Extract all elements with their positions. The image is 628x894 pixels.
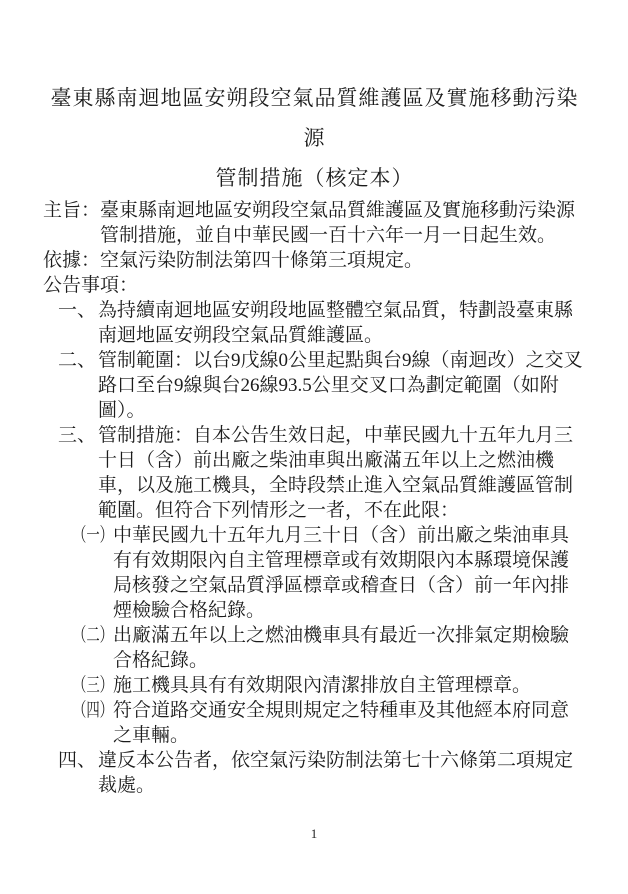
subitem-1-text: 中華民國九十五年九月三十日（含）前出廠之柴油車具有有效期限內自主管理標章或有效期… <box>113 525 569 621</box>
subject-label: 主旨： <box>43 198 100 223</box>
subject-paragraph: 主旨：臺東縣南迴地區安朔段空氣品質維護區及實施移動污染源管制措施，並自中華民國一… <box>43 198 586 248</box>
item-3-label: 三、 <box>58 423 98 448</box>
item-3-text: 管制措施：自本公告生效日起，中華民國九十五年九月三十日（含）前出廠之柴油車與出廠… <box>98 425 573 521</box>
page-number: 1 <box>0 826 628 842</box>
document-page: 臺東縣南迴地區安朔段空氣品質維護區及實施移動污染源 管制措施（核定本） 主旨：臺… <box>0 0 628 894</box>
item-4-label: 四、 <box>58 748 98 773</box>
subitem-4-label: （四） <box>73 698 101 723</box>
item-1-label: 一、 <box>58 298 98 323</box>
item-1: 一、為持續南迴地區安朔段地區整體空氣品質，特劃設臺東縣南迴地區安朔段空氣品質維護… <box>58 298 586 348</box>
subitem-1-label: （一） <box>73 523 101 548</box>
subitem-4-text: 符合道路交通安全規則規定之特種車及其他經本府同意之車輛。 <box>113 700 569 746</box>
item-2-label: 二、 <box>58 348 98 373</box>
item-2-text: 管制範圍：以台9戊線0公里起點與台9線（南迴改）之交叉路口至台9線與台26線93… <box>98 350 583 421</box>
subitem-3-label: （三） <box>73 673 101 698</box>
basis-label: 依據： <box>43 248 100 273</box>
announcement-heading: 公告事項： <box>43 273 586 298</box>
title-line-2: 管制措施（核定本） <box>43 158 586 198</box>
subitem-2-label: （二） <box>73 623 101 648</box>
item-2: 二、管制範圍：以台9戊線0公里起點與台9線（南迴改）之交叉路口至台9線與台26線… <box>58 348 586 423</box>
item-4: 四、違反本公告者，依空氣污染防制法第七十六條第二項規定裁處。 <box>58 748 586 798</box>
basis-paragraph: 依據：空氣污染防制法第四十條第三項規定。 <box>43 248 586 273</box>
subject-text: 臺東縣南迴地區安朔段空氣品質維護區及實施移動污染源管制措施，並自中華民國一百十六… <box>100 200 575 246</box>
document-title: 臺東縣南迴地區安朔段空氣品質維護區及實施移動污染源 管制措施（核定本） <box>43 78 586 198</box>
subitem-1: （一）中華民國九十五年九月三十日（含）前出廠之柴油車具有有效期限內自主管理標章或… <box>73 523 586 623</box>
subitem-4: （四）符合道路交通安全規則規定之特種車及其他經本府同意之車輛。 <box>73 698 586 748</box>
subitem-3-text: 施工機具具有有效期限內清潔排放自主管理標章。 <box>113 675 531 696</box>
item-1-text: 為持續南迴地區安朔段地區整體空氣品質，特劃設臺東縣南迴地區安朔段空氣品質維護區。 <box>98 300 573 346</box>
basis-text: 空氣污染防制法第四十條第三項規定。 <box>100 250 423 271</box>
subitem-2: （二）出廠滿五年以上之燃油機車具有最近一次排氣定期檢驗合格紀錄。 <box>73 623 586 673</box>
document-content: 臺東縣南迴地區安朔段空氣品質維護區及實施移動污染源 管制措施（核定本） 主旨：臺… <box>0 0 628 798</box>
subitem-2-text: 出廠滿五年以上之燃油機車具有最近一次排氣定期檢驗合格紀錄。 <box>113 625 569 671</box>
item-4-text: 違反本公告者，依空氣污染防制法第七十六條第二項規定裁處。 <box>98 750 573 796</box>
title-line-1: 臺東縣南迴地區安朔段空氣品質維護區及實施移動污染源 <box>43 78 586 158</box>
item-3: 三、管制措施：自本公告生效日起，中華民國九十五年九月三十日（含）前出廠之柴油車與… <box>58 423 586 523</box>
subitem-3: （三）施工機具具有有效期限內清潔排放自主管理標章。 <box>73 673 586 698</box>
